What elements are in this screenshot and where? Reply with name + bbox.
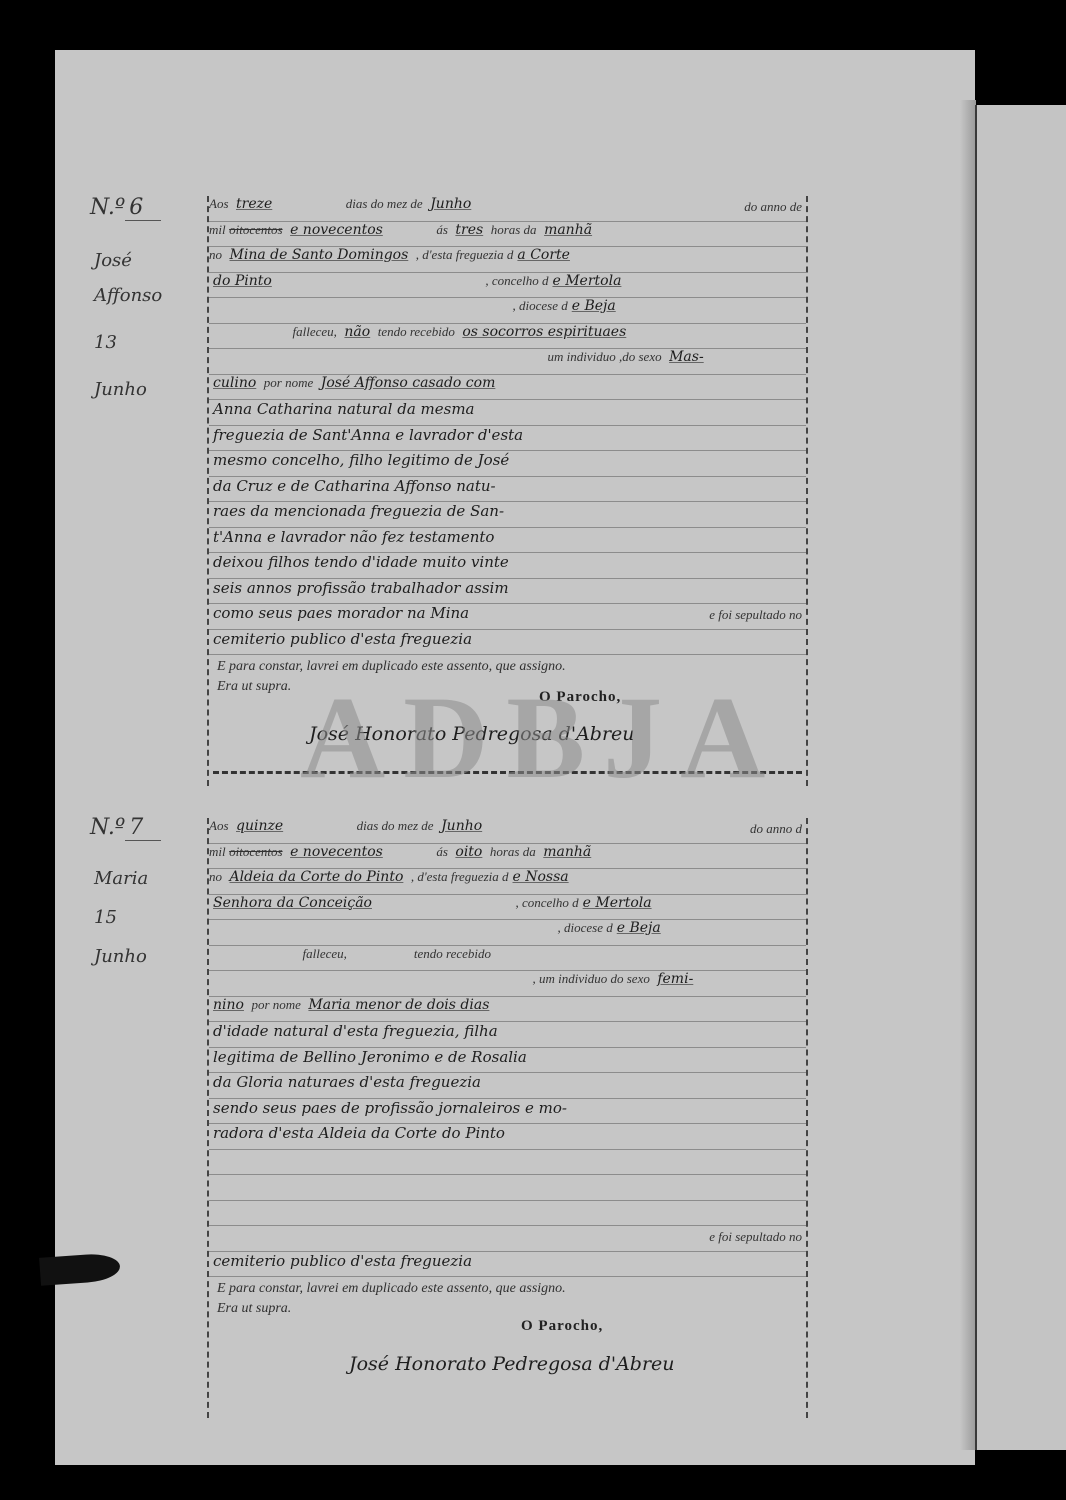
body-line: seis annos profissão trabalhador assim <box>209 579 806 605</box>
row-place: no Aldeia da Corte do Pinto , d'esta fre… <box>209 869 806 895</box>
field-parish: e Nossa <box>513 869 569 885</box>
body-line: deixou filhos tendo d'idade muito vinte <box>209 553 806 579</box>
row-concelho: Senhora da Conceição , concelho de Merto… <box>209 895 806 921</box>
field-burial: cemiterio publico d'esta freguezia <box>209 630 806 656</box>
margin-note-month: Junho <box>90 379 200 400</box>
parocho-label: O Parocho, <box>521 1318 603 1335</box>
body-line <box>209 1201 806 1227</box>
margin-note-name: Maria <box>90 868 200 889</box>
entry-number: N.º6 <box>90 195 200 220</box>
era-text: Era ut supra. <box>209 1301 806 1317</box>
body-line: radora d'esta Aldeia da Corte do Pinto <box>209 1124 806 1150</box>
field-hour: oito <box>455 844 482 860</box>
field-sex-b: nino <box>213 997 244 1013</box>
field-place: Mina de Santo Domingos <box>230 247 409 263</box>
closing-text: E para constar, lavrei em duplicado este… <box>209 659 806 675</box>
row-sepultado: e foi sepultado no <box>209 1226 806 1252</box>
row-date: Aos quinze dias do mez de Junho do anno … <box>209 818 806 844</box>
field-parish-cont: do Pinto <box>213 273 272 289</box>
body-line: Anna Catharina natural da mesma <box>209 400 806 426</box>
row-sepultado: como seus paes morador na Mina e foi sep… <box>209 604 806 630</box>
body-line: da Gloria naturaes d'esta freguezia <box>209 1073 806 1099</box>
field-period: manhã <box>543 844 591 860</box>
field-sex-a: Mas- <box>669 349 704 365</box>
field-name: Maria menor de dois dias <box>308 997 489 1013</box>
field-sacraments: os socorros espirituaes <box>462 324 626 340</box>
row-place: no Mina de Santo Domingos , d'esta fregu… <box>209 247 806 273</box>
body-line: mesmo concelho, filho legitimo de José <box>209 451 806 477</box>
field-month: Junho <box>430 196 471 212</box>
row-year-hour: mil oitocentos e novecentos ás oito hora… <box>209 844 806 870</box>
field-received-flag: não <box>344 324 370 340</box>
field-sex-b: culino <box>213 375 256 391</box>
parocho-signature: José Honorato Pedregosa d'Abreu <box>309 723 635 745</box>
field-diocese: e Beja <box>572 298 616 314</box>
entry-7-record: Aos quinze dias do mez de Junho do anno … <box>207 818 808 1418</box>
body-line <box>209 1150 806 1176</box>
row-year-hour: mil oitocentos e novecentos ás tres hora… <box>209 222 806 248</box>
field-sex-a: femi- <box>657 971 693 987</box>
row-name: culino por nome José Affonso casado com <box>209 375 806 401</box>
body-line: legitima de Bellino Jeronimo e de Rosali… <box>209 1048 806 1074</box>
entry-6-record: Aos treze dias do mez de Junho do anno d… <box>207 196 808 786</box>
body-line: da Cruz e de Catharina Affonso natu- <box>209 477 806 503</box>
field-diocese: e Beja <box>617 920 661 936</box>
margin-note-name-first: José <box>90 250 200 271</box>
field-burial: cemiterio publico d'esta freguezia <box>209 1252 806 1278</box>
row-concelho: do Pinto , concelho de Mertola <box>209 273 806 299</box>
era-text: Era ut supra. <box>209 679 806 695</box>
row-diocese: , diocese de Beja <box>209 920 806 946</box>
field-parish-cont: Senhora da Conceição <box>213 895 372 911</box>
field-place: Aldeia da Corte do Pinto <box>230 869 404 885</box>
book-gutter <box>960 100 976 1450</box>
row-date: Aos treze dias do mez de Junho do anno d… <box>209 196 806 222</box>
body-line <box>209 1175 806 1201</box>
field-month: Junho <box>441 818 482 834</box>
field-day: quinze <box>236 818 283 834</box>
row-falleceu: falleceu, não tendo recebido os socorros… <box>209 324 806 350</box>
body-line: d'idade natural d'esta freguezia, filha <box>209 1022 806 1048</box>
body-line: sendo seus paes de profissão jornaleiros… <box>209 1099 806 1125</box>
field-concelho: e Mertola <box>583 895 652 911</box>
margin-note-name-last: Affonso <box>90 285 200 306</box>
row-sex: , um individuo do sexo femi- <box>209 971 806 997</box>
row-name: nino por nome Maria menor de dois dias <box>209 997 806 1023</box>
entry-divider <box>213 771 802 774</box>
closing-text: E para constar, lavrei em duplicado este… <box>209 1281 806 1297</box>
row-diocese: , diocese de Beja <box>209 298 806 324</box>
field-name: José Affonso casado com <box>321 375 496 391</box>
body-line: raes da mencionada freguezia de San- <box>209 502 806 528</box>
row-falleceu: falleceu, tendo recebido <box>209 946 806 972</box>
field-concelho: e Mertola <box>552 273 621 289</box>
margin-note-month: Junho <box>90 946 200 967</box>
field-period: manhã <box>544 222 592 238</box>
entry-6-margin: N.º6 José Affonso 13 Junho <box>90 195 200 400</box>
field-parish: a Corte <box>517 247 570 263</box>
field-day: treze <box>236 196 272 212</box>
row-sex: um individuo ,do sexo Mas- <box>209 349 806 375</box>
parocho-label: O Parocho, <box>539 689 621 706</box>
field-year: e novecentos <box>290 844 383 860</box>
entry-number: N.º7 <box>90 815 200 840</box>
register-page-right <box>975 105 1066 1450</box>
body-line: t'Anna e lavrador não fez testamento <box>209 528 806 554</box>
body-line: como seus paes morador na Mina <box>209 604 469 622</box>
entry-7-margin: N.º7 Maria 15 Junho <box>90 815 200 967</box>
parocho-signature: José Honorato Pedregosa d'Abreu <box>349 1353 675 1375</box>
margin-note-day: 13 <box>90 332 200 353</box>
field-year: e novecentos <box>290 222 383 238</box>
margin-note-day: 15 <box>90 907 200 928</box>
body-line: freguezia de Sant'Anna e lavrador d'esta <box>209 426 806 452</box>
field-hour: tres <box>455 222 483 238</box>
